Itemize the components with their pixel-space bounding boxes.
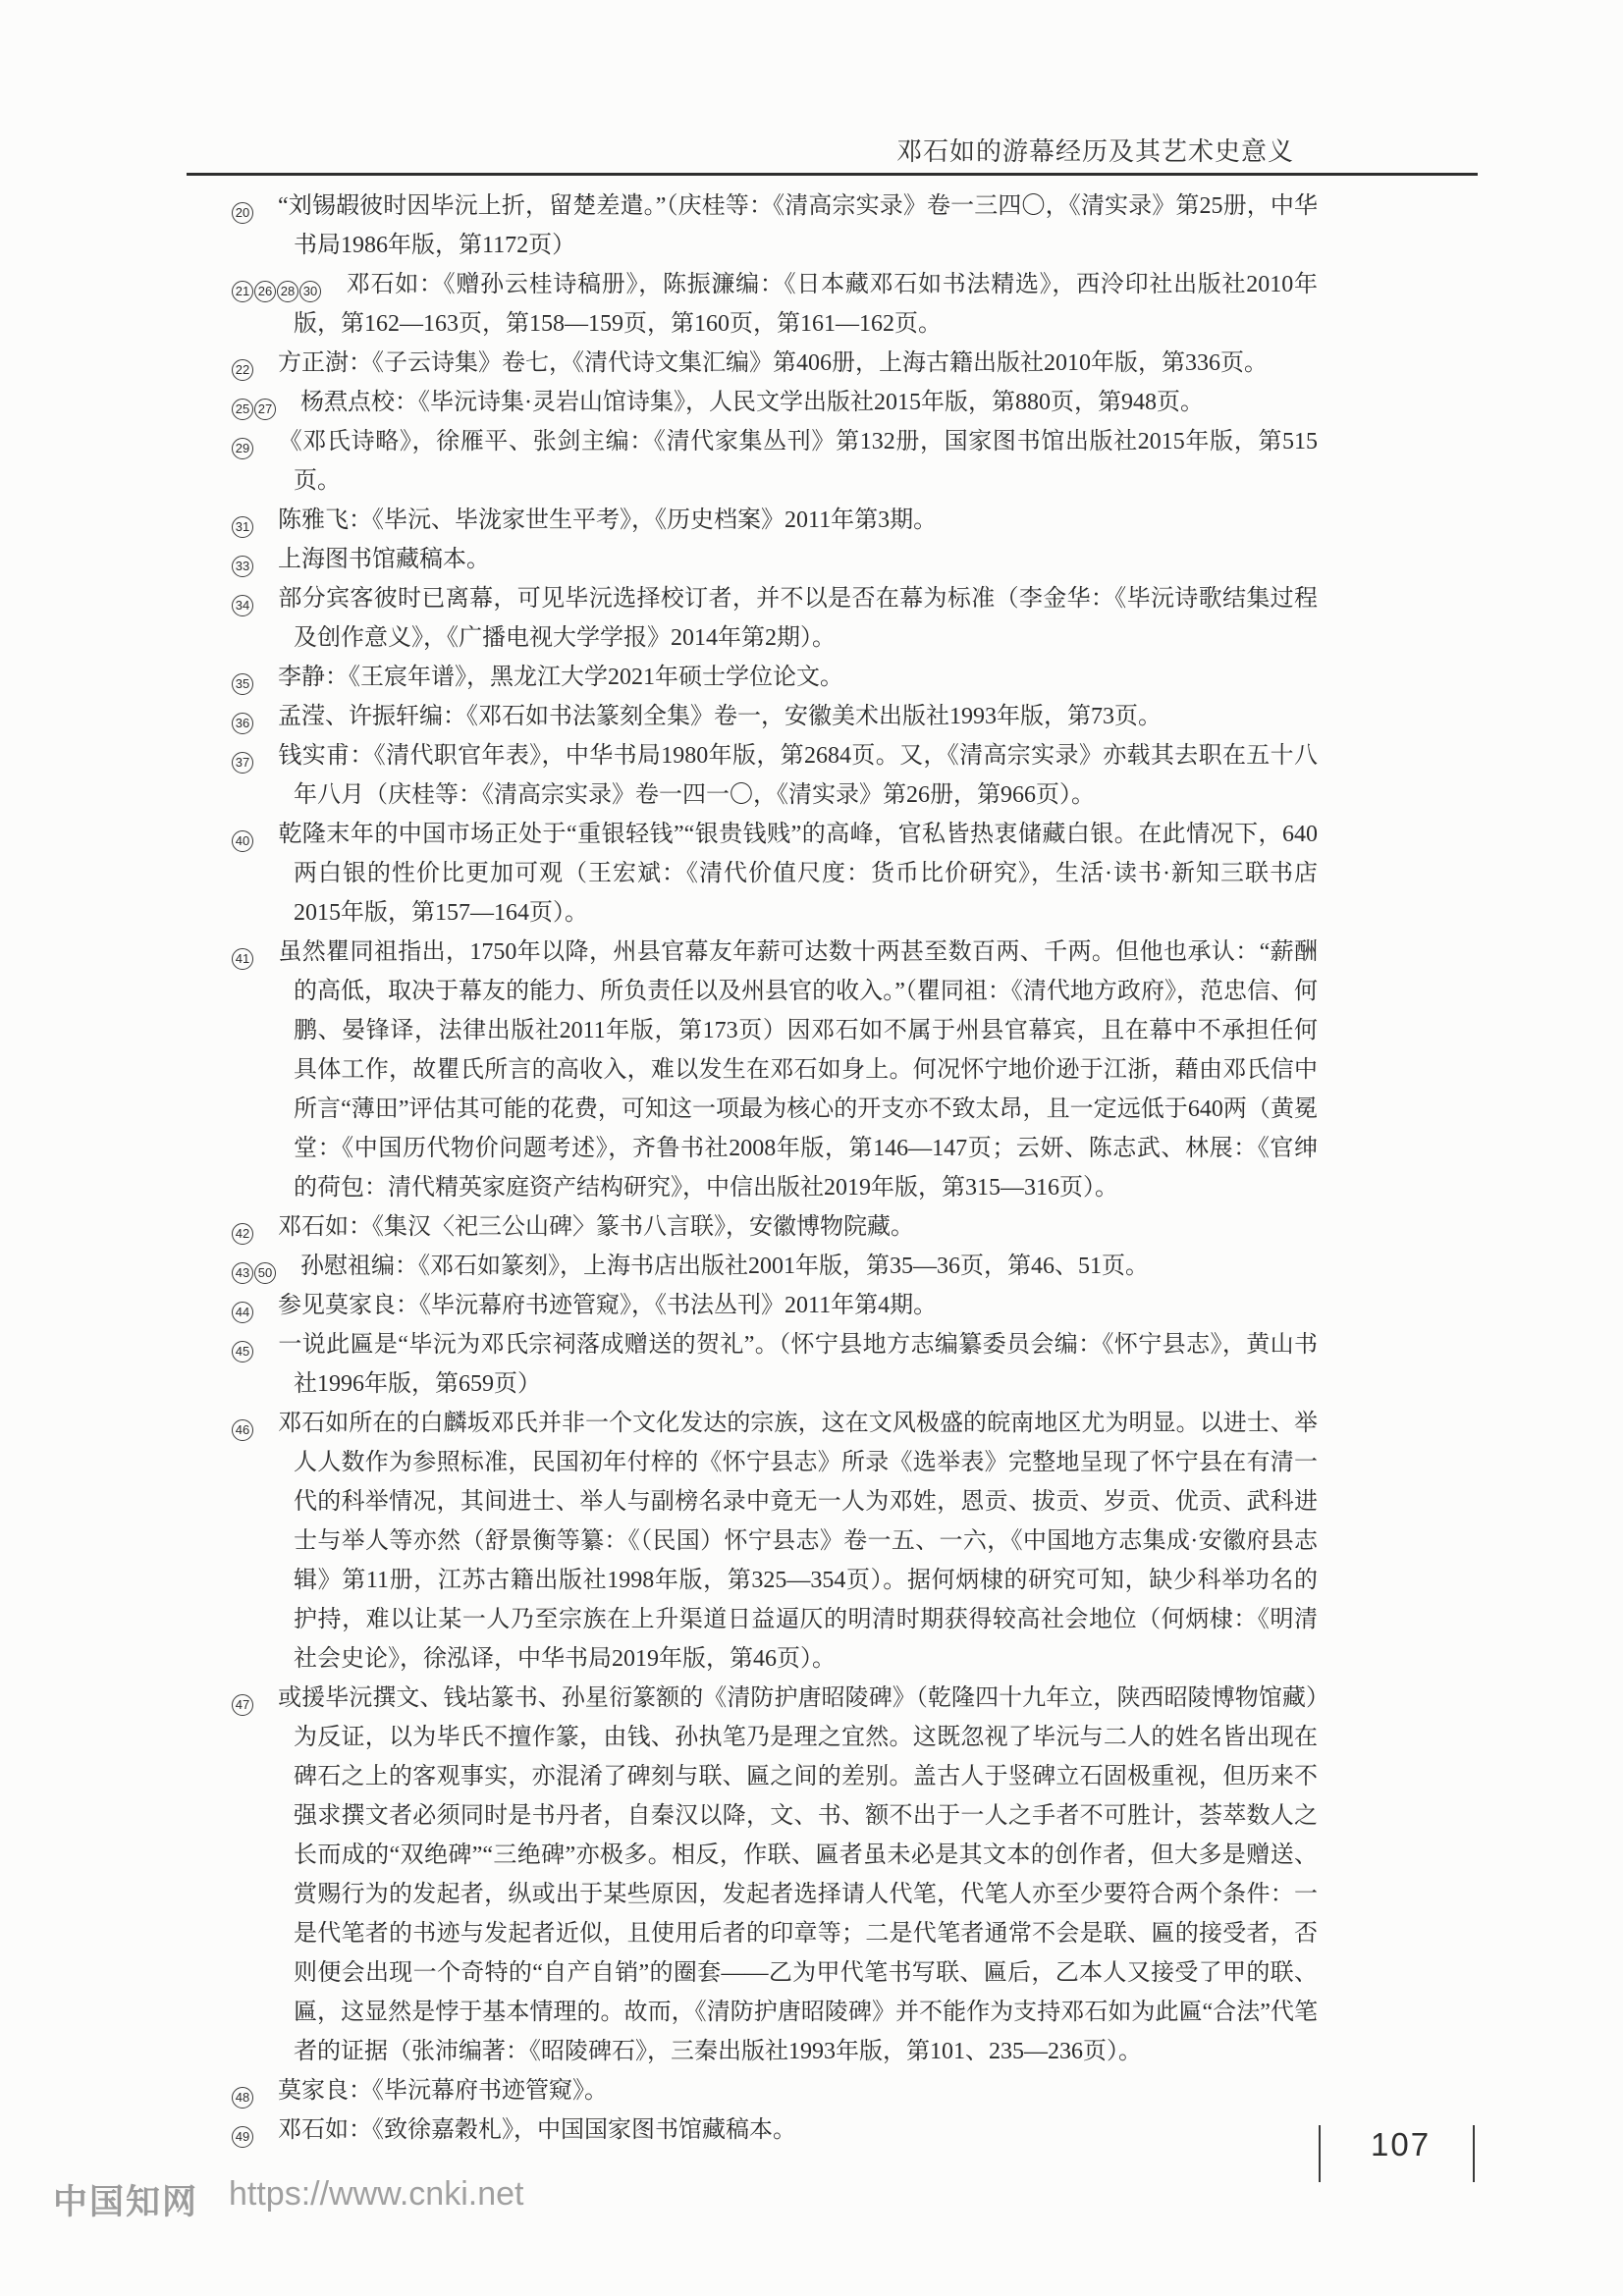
footnote-text: 钱实甫：《清代职官年表》，中华书局1980年版，第2684页。又，《清高宗实录》… [278, 743, 1318, 808]
footnote-text: 部分宾客彼时已离幕，可见毕沅选择校订者，并不以是否在幕为标准（李金华：《毕沅诗歌… [278, 586, 1318, 651]
footnote-text: 邓石如所在的白麟坂邓氏并非一个文化发达的宗族，这在文风极盛的皖南地区尤为明显。以… [278, 1411, 1318, 1672]
scanned-document-page: 邓石如的游幕经历及其艺术史意义 20“刘锡嘏彼时因毕沅上折，留楚差遣。”（庆桂等… [0, 0, 1623, 2296]
footnote-number: 42 [232, 1214, 254, 1240]
circled-footnote-number: 50 [254, 1262, 276, 1284]
circled-footnote-number: 29 [232, 438, 253, 459]
endnotes-list: 20“刘锡嘏彼时因毕沅上折，留楚差遣。”（庆桂等：《清高宗实录》卷一三四〇，《清… [232, 187, 1318, 2150]
footnote-item: 48莫家良：《毕沅幕府书迹管窥》。 [232, 2071, 1318, 2110]
footnote-item: 45一说此匾是“毕沅为邓氏宗祠落成赠送的贺礼”。（怀宁县地方志编纂委员会编：《怀… [232, 1325, 1318, 1404]
footnote-number: 45 [232, 1332, 254, 1358]
footnote-number: 40 [232, 822, 254, 847]
running-head-title: 邓石如的游幕经历及其艺术史意义 [896, 132, 1294, 168]
footnote-text: 乾隆末年的中国市场正处于“重银轻钱”“银贵钱贱”的高峰，官私皆热衷储藏白银。在此… [278, 822, 1318, 926]
footnote-text: 孟滢、许振轩编：《邓石如书法篆刻全集》卷一，安徽美术出版社1993年版，第73页… [278, 704, 1162, 729]
circled-footnote-number: 44 [232, 1302, 253, 1323]
footnote-item: 20“刘锡嘏彼时因毕沅上折，留楚差遣。”（庆桂等：《清高宗实录》卷一三四〇，《清… [232, 187, 1318, 265]
footnote-number: 2527 [232, 390, 277, 415]
footnote-item: 44参见莫家良：《毕沅幕府书迹管窥》，《书法丛刊》2011年第4期。 [232, 1286, 1318, 1325]
circled-footnote-number: 21 [232, 281, 253, 302]
footnote-number: 35 [232, 665, 254, 690]
circled-footnote-number: 45 [232, 1341, 253, 1362]
footnote-text: 上海图书馆藏稿本。 [278, 547, 490, 572]
footnote-number: 21262830 [232, 272, 322, 297]
circled-footnote-number: 30 [299, 281, 321, 302]
footnote-item: 31陈雅飞：《毕沅、毕泷家世生平考》，《历史档案》2011年第3期。 [232, 501, 1318, 540]
footnote-text: 虽然瞿同祖指出，1750年以降，州县官幕友年薪可达数十两甚至数百两、千两。但他也… [278, 939, 1318, 1201]
footnote-text: 邓石如：《赠孙云桂诗稿册》，陈振濂编：《日本藏邓石如书法精选》，西泠印社出版社2… [294, 272, 1318, 337]
footnote-number: 37 [232, 743, 254, 769]
footnote-text: 或援毕沅撰文、钱坫篆书、孙星衍篆额的《清防护唐昭陵碑》（乾隆四十九年立，陕西昭陵… [278, 1685, 1318, 2064]
footnote-text: 杨焄点校：《毕沅诗集·灵岩山馆诗集》，人民文学出版社2015年版，第880页，第… [300, 390, 1204, 415]
circled-footnote-number: 26 [254, 281, 276, 302]
footnote-item: 47或援毕沅撰文、钱坫篆书、孙星衍篆额的《清防护唐昭陵碑》（乾隆四十九年立，陕西… [232, 1679, 1318, 2071]
circled-footnote-number: 47 [232, 1694, 253, 1716]
footnote-number: 44 [232, 1293, 254, 1318]
footnote-text: 莫家良：《毕沅幕府书迹管窥》。 [278, 2078, 608, 2104]
footnote-item: 34部分宾客彼时已离幕，可见毕沅选择校订者，并不以是否在幕为标准（李金华：《毕沅… [232, 579, 1318, 658]
footnote-item: 49邓石如：《致徐嘉穀札》，中国国家图书馆藏稿本。 [232, 2110, 1318, 2150]
page-number: 107 [1371, 2126, 1431, 2163]
footnote-text: 邓石如：《集汉〈祀三公山碑〉篆书八言联》，安徽博物院藏。 [278, 1214, 914, 1240]
footnote-item: 42邓石如：《集汉〈祀三公山碑〉篆书八言联》，安徽博物院藏。 [232, 1207, 1318, 1247]
footnote-text: 邓石如：《致徐嘉穀札》，中国国家图书馆藏稿本。 [278, 2117, 796, 2143]
footnote-text: 陈雅飞：《毕沅、毕泷家世生平考》，《历史档案》2011年第3期。 [278, 507, 937, 533]
cnki-watermark-url: https://www.cnki.net [229, 2175, 523, 2214]
circled-footnote-number: 41 [232, 948, 253, 970]
circled-footnote-number: 46 [232, 1419, 253, 1441]
footnote-item: 4350孙慰祖编：《邓石如篆刻》，上海书店出版社2001年版，第35—36页，第… [232, 1247, 1318, 1286]
footnote-number: 48 [232, 2078, 254, 2104]
circled-footnote-number: 42 [232, 1223, 253, 1245]
footnote-item: 40乾隆末年的中国市场正处于“重银轻钱”“银贵钱贱”的高峰，官私皆热衷储藏白银。… [232, 815, 1318, 933]
footnote-item: 21262830邓石如：《赠孙云桂诗稿册》，陈振濂编：《日本藏邓石如书法精选》，… [232, 265, 1318, 344]
footnote-item: 2527杨焄点校：《毕沅诗集·灵岩山馆诗集》，人民文学出版社2015年版，第88… [232, 383, 1318, 422]
footnote-number: 49 [232, 2117, 254, 2143]
footnote-text: 李静：《王宸年谱》，黑龙江大学2021年硕士学位论文。 [278, 665, 843, 690]
circled-footnote-number: 43 [232, 1262, 253, 1284]
footnote-text: 《邓氏诗略》，徐雁平、张剑主编：《清代家集丛刊》第132册，国家图书馆出版社20… [278, 429, 1318, 494]
footnote-text: 孙慰祖编：《邓石如篆刻》，上海书店出版社2001年版，第35—36页，第46、5… [300, 1254, 1149, 1279]
footnote-number: 46 [232, 1411, 254, 1436]
cnki-watermark-logo: 中国知网 [53, 2175, 198, 2224]
circled-footnote-number: 36 [232, 713, 253, 734]
footnote-number: 34 [232, 586, 254, 612]
circled-footnote-number: 35 [232, 673, 253, 695]
circled-footnote-number: 28 [277, 281, 298, 302]
circled-footnote-number: 25 [232, 399, 253, 420]
footnote-number: 31 [232, 507, 254, 533]
footnote-text: “刘锡嘏彼时因毕沅上折，留楚差遣。”（庆桂等：《清高宗实录》卷一三四〇，《清实录… [278, 193, 1318, 258]
footnote-text: 方正澍：《子云诗集》卷七，《清代诗文集汇编》第406册，上海古籍出版社2010年… [278, 350, 1268, 376]
footnote-item: 29《邓氏诗略》，徐雁平、张剑主编：《清代家集丛刊》第132册，国家图书馆出版社… [232, 422, 1318, 501]
footnote-item: 35李静：《王宸年谱》，黑龙江大学2021年硕士学位论文。 [232, 658, 1318, 697]
footnote-number: 33 [232, 547, 254, 572]
circled-footnote-number: 40 [232, 830, 253, 852]
header-rule [187, 173, 1478, 176]
footnote-number: 41 [232, 939, 254, 965]
circled-footnote-number: 22 [232, 359, 253, 381]
circled-footnote-number: 27 [254, 399, 276, 420]
footnote-item: 41虽然瞿同祖指出，1750年以降，州县官幕友年薪可达数十两甚至数百两、千两。但… [232, 933, 1318, 1207]
footnote-number: 36 [232, 704, 254, 729]
footnote-number: 22 [232, 350, 254, 376]
circled-footnote-number: 48 [232, 2087, 253, 2109]
footnote-item: 22方正澍：《子云诗集》卷七，《清代诗文集汇编》第406册，上海古籍出版社201… [232, 344, 1318, 383]
footnote-item: 37钱实甫：《清代职官年表》，中华书局1980年版，第2684页。又，《清高宗实… [232, 736, 1318, 815]
footnote-item: 33上海图书馆藏稿本。 [232, 540, 1318, 579]
footnote-number: 29 [232, 429, 254, 454]
circled-footnote-number: 34 [232, 595, 253, 616]
footnote-number: 20 [232, 193, 254, 219]
circled-footnote-number: 37 [232, 752, 253, 774]
footnote-text: 参见莫家良：《毕沅幕府书迹管窥》，《书法丛刊》2011年第4期。 [278, 1293, 937, 1318]
circled-footnote-number: 20 [232, 202, 253, 224]
footnote-item: 36孟滢、许振轩编：《邓石如书法篆刻全集》卷一，安徽美术出版社1993年版，第7… [232, 697, 1318, 736]
circled-footnote-number: 31 [232, 516, 253, 538]
footnote-text: 一说此匾是“毕沅为邓氏宗祠落成赠送的贺礼”。（怀宁县地方志编纂委员会编：《怀宁县… [278, 1332, 1318, 1397]
circled-footnote-number: 49 [232, 2126, 253, 2148]
page-number-right-bar [1473, 2125, 1475, 2182]
footnote-item: 46邓石如所在的白麟坂邓氏并非一个文化发达的宗族，这在文风极盛的皖南地区尤为明显… [232, 1404, 1318, 1679]
footnote-number: 47 [232, 1685, 254, 1711]
circled-footnote-number: 33 [232, 556, 253, 577]
footnote-number: 4350 [232, 1254, 277, 1279]
page-number-left-bar [1319, 2125, 1321, 2182]
